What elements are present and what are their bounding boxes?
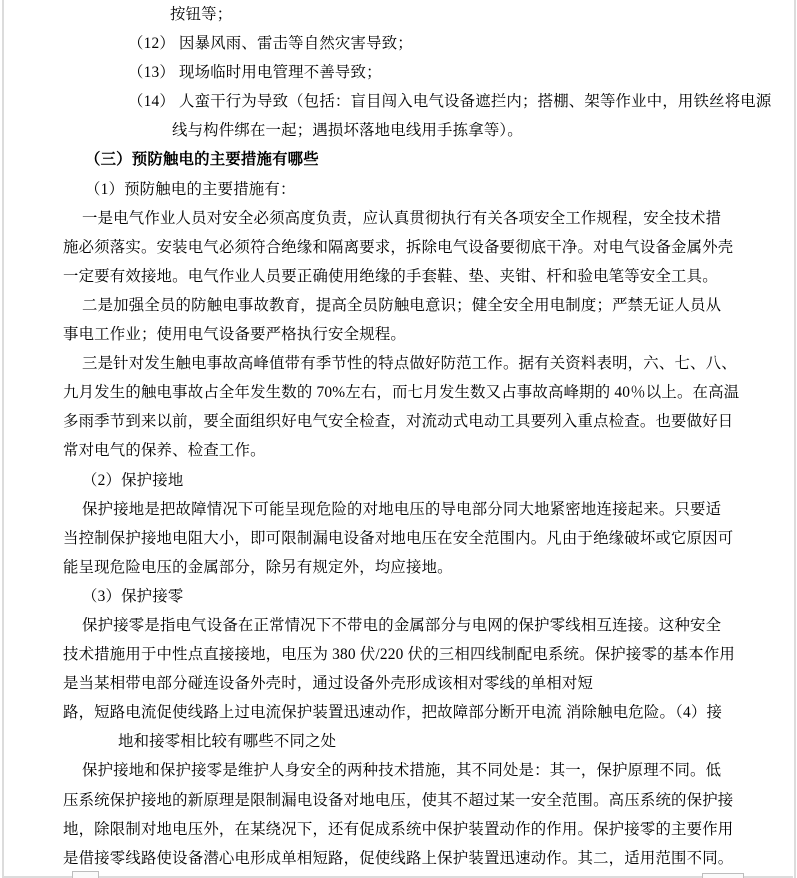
list-item-14: （14） 人蛮干行为导致（包括：盲目闯入电气设备遮拦内；搭棚、架等作业中，用铁丝…	[128, 87, 753, 116]
text-line: 多雨季节到来以前，要全面组织好电气安全检查，对流动式电动工具要列入重点检查。也要…	[63, 407, 753, 436]
bottom-right-tab[interactable]	[702, 873, 744, 878]
text-line: 技术措施用于中性点直接接地，电压为 380 伏/220 伏的三相四线制配电系统。…	[63, 640, 753, 669]
document-text-body: 按钮等； （12） 因暴风雨、雷击等自然灾害导致； （13） 现场临时用电管理不…	[63, 0, 753, 873]
text-line: 一是电气作业人员对安全必须高度负责，应认真贯彻执行有关各项安全工作规程，安全技术…	[82, 204, 753, 233]
text-line: 是借接零线路使设备潜心电形成单相短路，促使线路上保护装置迅速动作。其二，适用范围…	[63, 844, 753, 873]
text-line: 保护接地和保护接零是维护人身安全的两种技术措施，其不同处是：其一，保护原理不同。…	[82, 756, 753, 785]
text-line: 当控制保护接地电阻大小，即可限制漏电设备对地电压在安全范围内。凡由于绝缘破坏或它…	[63, 524, 753, 553]
text-line: 常对电气的保养、检查工作。	[63, 436, 753, 465]
text-line: 路，短路电流促使线路上过电流保护装置迅速动作，把故障部分断开电流 消除触电危险。…	[63, 698, 753, 727]
text-line: 九月发生的触电事故占全年发生数的 70%左右，而七月发生数又占事故高峰期的 40…	[63, 378, 753, 407]
text-line: 三是针对发生触电事故高峰值带有季节性的特点做好防范工作。据有关资料表明，六、七、…	[82, 349, 753, 378]
text-line: 保护接地是把故障情况下可能呈现危险的对地电压的导电部分同大地紧密地连接起来。只要…	[82, 495, 753, 524]
text-line: 施必须落实。安装电气必须符合绝缘和隔离要求，拆除电气设备要彻底干净。对电气设备金…	[63, 233, 753, 262]
page-left-border	[2, 0, 4, 878]
page-right-border	[794, 0, 796, 878]
text-line: 二是加强全员的防触电事故教育，提高全员防触电意识；健全安全用电制度；严禁无证人员…	[82, 291, 753, 320]
text-line: 一定要有效接地。电气作业人员要正确使用绝缘的手套鞋、垫、夹钳、杆和验电笔等安全工…	[63, 262, 753, 291]
text-line: 按钮等；	[170, 0, 753, 29]
text-line: 压系统保护接地的新原理是限制漏电设备对地电压，使其不超过某一安全范围。高压系统的…	[63, 786, 753, 815]
bottom-left-tab[interactable]	[72, 871, 99, 878]
text-line: 保护接零是指电气设备在正常情况下不带电的金属部分与电网的保护零线相互连接。这种安…	[82, 611, 753, 640]
text-line: 地和接零相比较有哪些不同之处	[118, 727, 753, 756]
document-page: 按钮等； （12） 因暴风雨、雷击等自然灾害导致； （13） 现场临时用电管理不…	[0, 0, 797, 878]
text-line: 线与构件绑在一起；遇损坏落地电线用手拣拿等）。	[172, 116, 753, 145]
text-line: 事电工作业；使用电气设备要严格执行安全规程。	[63, 320, 753, 349]
text-line: 能呈现危险电压的金属部分，除另有规定外，均应接地。	[63, 553, 753, 582]
text-line: 地，除限制对地电压外，在某绕况下，还有促成系统中保护装置动作的作用。保护接零的主…	[63, 815, 753, 844]
subsection-heading-1: （1）预防触电的主要措施有：	[85, 175, 753, 204]
list-item-13: （13） 现场临时用电管理不善导致；	[128, 58, 753, 87]
subsection-heading-2: （2）保护接地	[82, 466, 753, 495]
subsection-heading-3: （3）保护接零	[82, 582, 753, 611]
section-heading: （三）预防触电的主要措施有哪些	[85, 145, 753, 174]
list-item-12: （12） 因暴风雨、雷击等自然灾害导致；	[128, 29, 753, 58]
text-line: 是当某相带电部分碰连设备外壳时，通过设备外壳形成该相对零线的单相对短	[63, 669, 753, 698]
